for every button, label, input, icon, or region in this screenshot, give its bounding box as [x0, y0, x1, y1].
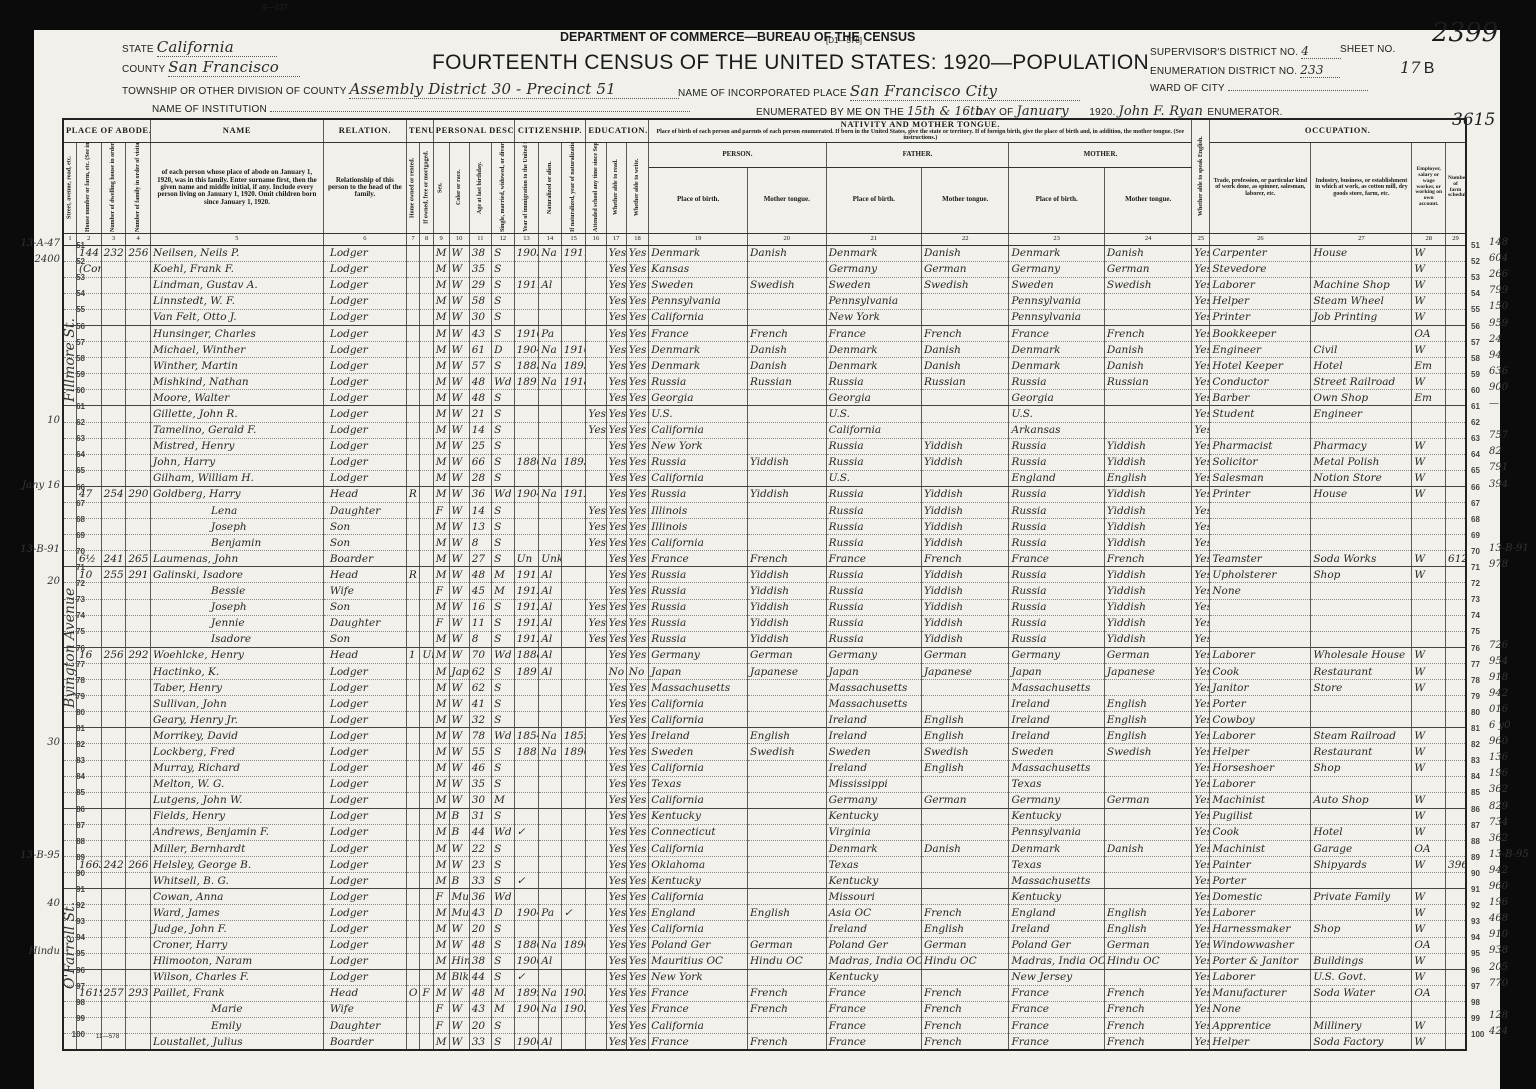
- cell-farm: [1446, 905, 1466, 921]
- header-c17: Whether able to read.: [606, 142, 626, 233]
- column-number: 9: [433, 233, 449, 245]
- cell-employer: OA: [1412, 840, 1446, 856]
- supervisor-district-field: SUPERVISOR'S DISTRICT NO. 4: [1150, 44, 1341, 59]
- cell-family: 256: [126, 245, 151, 261]
- cell-mtongue: Yiddish: [1104, 454, 1192, 470]
- cell-employer: W: [1412, 953, 1446, 969]
- cell-sex: M: [433, 631, 449, 647]
- cell-relation: Lodger: [323, 712, 406, 728]
- cell-mtongue: Danish: [1104, 358, 1192, 374]
- cell-ftongue: [921, 889, 1009, 905]
- cell-marital: S: [492, 857, 514, 873]
- cell-employer: W: [1412, 293, 1446, 309]
- cell-mtongue: [1104, 873, 1192, 889]
- cell-family: 291: [126, 567, 151, 583]
- cell-race: W: [449, 776, 469, 792]
- cell-read: Yes: [606, 406, 626, 422]
- cell-sex: M: [433, 712, 449, 728]
- cell-fpob: Kentucky: [826, 969, 921, 985]
- cell-mtongue: English: [1104, 905, 1192, 921]
- cell-farm: [1446, 277, 1466, 293]
- cell-mpob: Sweden: [1009, 744, 1104, 760]
- cell-nat: Na: [539, 374, 561, 390]
- cell-dwelling: [101, 342, 126, 358]
- cell-school: [586, 1034, 606, 1051]
- cell-relation: Son: [323, 519, 406, 535]
- cell-name: Taber, Henry: [151, 680, 324, 696]
- margin-note-right: 196: [1489, 768, 1508, 779]
- cell-english: Yes: [1192, 1001, 1210, 1017]
- cell-farm: [1446, 840, 1466, 856]
- cell-sex: M: [433, 857, 449, 873]
- cell-nat: Pa: [539, 905, 561, 921]
- cell-fpob: France: [826, 985, 921, 1001]
- cell-marital: S: [492, 325, 514, 341]
- cell-industry: Store: [1311, 680, 1412, 696]
- cell-pob: France: [649, 1034, 748, 1051]
- cell-employer: W: [1412, 647, 1446, 663]
- cell-name: Gillette, John R.: [151, 406, 324, 422]
- cell-relation: Lodger: [323, 325, 406, 341]
- cell-race: W: [449, 921, 469, 937]
- header-c8: If owned, free or mortgaged.: [420, 142, 433, 233]
- cell-owned: [406, 857, 419, 873]
- cell-race: Blk: [449, 969, 469, 985]
- cell-age: 8: [469, 535, 491, 551]
- cell-trade: Machinist: [1210, 792, 1311, 808]
- cell-english: Yes: [1192, 309, 1210, 325]
- cell-dwelling: [101, 615, 126, 631]
- cell-age: 70: [469, 647, 491, 663]
- cell-read: Yes: [606, 953, 626, 969]
- cell-age: 78: [469, 728, 491, 744]
- sheet-number-field: 17 B: [1400, 58, 1435, 78]
- cell-mtongue: German: [1104, 647, 1192, 663]
- cell-tongue: Russian: [748, 374, 827, 390]
- cell-employer: [1412, 615, 1446, 631]
- line-number-right: 66: [1471, 483, 1489, 492]
- cell-dwelling: [101, 503, 126, 519]
- cell-natyear: [561, 535, 586, 551]
- ward-value: [1228, 90, 1368, 91]
- census-row: Miller, BernhardtLodgerMW22SYesYesCalifo…: [63, 840, 1466, 856]
- cell-dwelling: [101, 824, 126, 840]
- line-number-right: 88: [1471, 837, 1489, 846]
- cell-owned: [406, 503, 419, 519]
- cell-race: W: [449, 728, 469, 744]
- column-number: 24: [1104, 233, 1192, 245]
- cell-english: Yes: [1192, 1018, 1210, 1034]
- cell-immig: [514, 293, 539, 309]
- cell-age: 14: [469, 503, 491, 519]
- cell-pob: California: [649, 1018, 748, 1034]
- margin-note-right: 394: [1489, 479, 1508, 490]
- cell-marital: S: [492, 422, 514, 438]
- institution-label: NAME OF INSTITUTION: [152, 104, 267, 115]
- cell-relation: Lodger: [323, 696, 406, 712]
- census-row: Hactinko, K.LodgerMJap62S1897AlNoNoJapan…: [63, 663, 1466, 679]
- cell-fpob: California: [826, 422, 921, 438]
- cell-pob: Russia: [649, 567, 748, 583]
- cell-write: Yes: [626, 277, 648, 293]
- cell-relation: Lodger: [323, 792, 406, 808]
- cell-school: Yes: [586, 422, 606, 438]
- cell-trade: Engineer: [1210, 342, 1311, 358]
- cell-marital: S: [492, 921, 514, 937]
- cell-mtongue: Swedish: [1104, 277, 1192, 293]
- cell-english: Yes: [1192, 840, 1210, 856]
- cell-mpob: Germany: [1009, 261, 1104, 277]
- cell-sex: M: [433, 792, 449, 808]
- cell-mortgage: [420, 696, 433, 712]
- cell-name: Linnstedt, W. F.: [151, 293, 324, 309]
- cell-age: 57: [469, 358, 491, 374]
- cell-immig: 1912: [514, 583, 539, 599]
- cell-sex: M: [433, 422, 449, 438]
- line-number-right: 75: [1471, 627, 1489, 636]
- cell-trade: Manufacturer: [1210, 985, 1311, 1001]
- cell-immig: [514, 1018, 539, 1034]
- cell-family: [126, 470, 151, 486]
- cell-read: Yes: [606, 519, 626, 535]
- column-number: 5: [151, 233, 324, 245]
- cell-write: Yes: [626, 873, 648, 889]
- cell-school: [586, 889, 606, 905]
- census-row: 16256292Woehlcke, HenryHead1UnMW70Wd1888…: [63, 647, 1466, 663]
- cell-pob: Russia: [649, 454, 748, 470]
- cell-natyear: [561, 390, 586, 406]
- cell-industry: [1311, 503, 1412, 519]
- cell-industry: [1311, 261, 1412, 277]
- cell-mortgage: [420, 905, 433, 921]
- cell-school: [586, 390, 606, 406]
- cell-age: 11: [469, 615, 491, 631]
- cell-relation: Lodger: [323, 245, 406, 261]
- cell-name: Woehlcke, Henry: [151, 647, 324, 663]
- cell-employer: [1412, 696, 1446, 712]
- cell-nat: Na: [539, 728, 561, 744]
- cell-employer: [1412, 599, 1446, 615]
- cell-mpob: Germany: [1009, 647, 1104, 663]
- cell-nat: [539, 309, 561, 325]
- cell-immig: 1903: [514, 245, 539, 261]
- census-row: 10255291Galinski, IsadoreHeadRMW48M1911A…: [63, 567, 1466, 583]
- cell-mortgage: F: [420, 985, 433, 1001]
- margin-note-right: 362: [1489, 784, 1508, 795]
- cell-age: 55: [469, 744, 491, 760]
- cell-nat: Na: [539, 454, 561, 470]
- cell-mpob: Russia: [1009, 599, 1104, 615]
- cell-pob: California: [649, 712, 748, 728]
- cell-mtongue: Danish: [1104, 840, 1192, 856]
- cell-immig: 1880: [514, 454, 539, 470]
- cell-race: W: [449, 551, 469, 567]
- cell-ftongue: French: [921, 325, 1009, 341]
- cell-natyear: ✓: [561, 905, 586, 921]
- cell-mpob: Ireland: [1009, 696, 1104, 712]
- cell-name: Wilson, Charles F.: [151, 969, 324, 985]
- cell-farm: [1446, 808, 1466, 824]
- census-row: Judge, John F.LodgerMW20SYesYesCaliforni…: [63, 921, 1466, 937]
- cell-mtongue: Danish: [1104, 245, 1192, 261]
- cell-natyear: [561, 406, 586, 422]
- cell-trade: Laborer: [1210, 969, 1311, 985]
- census-row: Morrikey, DavidLodgerMW78Wd1854Na1859Yes…: [63, 728, 1466, 744]
- street-name: Byington Avenue: [62, 587, 78, 707]
- cell-owned: [406, 696, 419, 712]
- cell-read: Yes: [606, 647, 626, 663]
- cell-owned: [406, 760, 419, 776]
- column-number-row: 1234567891011121314151617181920212223242…: [63, 233, 1466, 245]
- street-name: O'Farrell St.: [62, 902, 78, 989]
- cell-natyear: [561, 519, 586, 535]
- line-number-right: 51: [1471, 241, 1489, 250]
- cell-write: Yes: [626, 824, 648, 840]
- cell-natyear: 1911: [561, 245, 586, 261]
- cell-name: Benjamin: [151, 535, 324, 551]
- cell-english: Yes: [1192, 551, 1210, 567]
- cell-natyear: 1912: [561, 486, 586, 502]
- line-number: 89: [65, 853, 85, 862]
- street-name: Fillmore St.: [62, 318, 78, 402]
- cell-owned: [406, 728, 419, 744]
- column-number: 6: [323, 233, 406, 245]
- header-c12: Single, married, widowed, or divorced.: [492, 142, 514, 233]
- census-row: Mistred, HenryLodgerMW25SYesYesNew YorkR…: [63, 438, 1466, 454]
- cell-race: Hin: [449, 953, 469, 969]
- cell-english: Yes: [1192, 535, 1210, 551]
- cell-age: 29: [469, 277, 491, 293]
- cell-school: [586, 1001, 606, 1017]
- line-number-right: 100: [1471, 1030, 1489, 1039]
- cell-industry: [1311, 696, 1412, 712]
- cell-english: Yes: [1192, 808, 1210, 824]
- cell-owned: [406, 406, 419, 422]
- cell-immig: [514, 470, 539, 486]
- line-number-right: 94: [1471, 933, 1489, 942]
- column-number: 16: [586, 233, 606, 245]
- cell-employer: [1412, 776, 1446, 792]
- cell-school: [586, 567, 606, 583]
- cell-race: W: [449, 1034, 469, 1051]
- census-row: JosephSonMW16S1912AlYesYesYesRussiaYiddi…: [63, 599, 1466, 615]
- cell-mtongue: [1104, 776, 1192, 792]
- cell-industry: [1311, 1001, 1412, 1017]
- cell-relation: Wife: [323, 583, 406, 599]
- margin-note-right: —: [1489, 398, 1499, 409]
- cell-race: Mu: [449, 889, 469, 905]
- cell-immig: 1885: [514, 358, 539, 374]
- line-number-right: 53: [1471, 273, 1489, 282]
- cell-natyear: [561, 921, 586, 937]
- cell-farm: [1446, 744, 1466, 760]
- cell-marital: M: [492, 1001, 514, 1017]
- cell-natyear: [561, 599, 586, 615]
- cell-relation: Lodger: [323, 728, 406, 744]
- cell-mtongue: Yiddish: [1104, 535, 1192, 551]
- header-c7: Home owned or rented.: [406, 142, 419, 233]
- cell-race: W: [449, 245, 469, 261]
- cell-fpob: Missouri: [826, 889, 921, 905]
- cell-english: Yes: [1192, 470, 1210, 486]
- cell-mpob: Massachusetts: [1009, 873, 1104, 889]
- cell-tongue: [748, 406, 827, 422]
- cell-age: 46: [469, 760, 491, 776]
- cell-fpob: Denmark: [826, 840, 921, 856]
- cell-employer: W: [1412, 760, 1446, 776]
- cell-nat: [539, 776, 561, 792]
- cell-ftongue: English: [921, 728, 1009, 744]
- cell-english: Yes: [1192, 985, 1210, 1001]
- cell-tongue: Yiddish: [748, 567, 827, 583]
- cell-family: 290: [126, 486, 151, 502]
- cell-name: Joseph: [151, 599, 324, 615]
- cell-trade: [1210, 519, 1311, 535]
- cell-owned: [406, 261, 419, 277]
- cell-name: Lindman, Gustav A.: [151, 277, 324, 293]
- cell-ftongue: [921, 470, 1009, 486]
- cell-farm: [1446, 293, 1466, 309]
- cell-race: Jap: [449, 663, 469, 679]
- cell-employer: W: [1412, 470, 1446, 486]
- line-number: 81: [65, 724, 85, 733]
- cell-write: Yes: [626, 535, 648, 551]
- cell-sex: M: [433, 245, 449, 261]
- census-row: Croner, HarryLodgerMW48S1880Na1890YesYes…: [63, 937, 1466, 953]
- cell-dwelling: 241: [101, 551, 126, 567]
- cell-sex: M: [433, 744, 449, 760]
- cell-name: John, Harry: [151, 454, 324, 470]
- cell-owned: [406, 390, 419, 406]
- cell-immig: 1904: [514, 486, 539, 502]
- cell-school: [586, 342, 606, 358]
- cell-mortgage: [420, 342, 433, 358]
- cell-trade: Horseshoer: [1210, 760, 1311, 776]
- cell-natyear: [561, 760, 586, 776]
- cell-dwelling: [101, 776, 126, 792]
- cell-fpob: Mississippi: [826, 776, 921, 792]
- cell-marital: M: [492, 583, 514, 599]
- cell-english: Yes: [1192, 519, 1210, 535]
- cell-immig: [514, 808, 539, 824]
- cell-mortgage: [420, 615, 433, 631]
- cell-trade: Cook: [1210, 824, 1311, 840]
- cell-trade: [1210, 535, 1311, 551]
- cell-read: Yes: [606, 567, 626, 583]
- margin-note-right: 128: [1489, 1010, 1508, 1021]
- cell-mpob: Russia: [1009, 503, 1104, 519]
- cell-marital: M: [492, 567, 514, 583]
- cell-write: Yes: [626, 985, 648, 1001]
- cell-family: [126, 728, 151, 744]
- cell-owned: [406, 937, 419, 953]
- cell-marital: S: [492, 760, 514, 776]
- cell-owned: [406, 873, 419, 889]
- cell-mortgage: [420, 599, 433, 615]
- line-number: 82: [65, 740, 85, 749]
- cell-race: W: [449, 486, 469, 502]
- header-c6: Relationship of this person to the head …: [323, 142, 406, 233]
- cell-farm: [1446, 985, 1466, 1001]
- county-field: COUNTY San Francisco: [122, 58, 300, 77]
- cell-fpob: Massachusetts: [826, 680, 921, 696]
- cell-family: [126, 873, 151, 889]
- cell-mortgage: [420, 261, 433, 277]
- line-number: 99: [65, 1014, 85, 1023]
- cell-tongue: [748, 503, 827, 519]
- cell-tongue: Yiddish: [748, 599, 827, 615]
- incorporated-place-field: NAME OF INCORPORATED PLACE San Francisco…: [678, 82, 1080, 101]
- cell-farm: [1446, 325, 1466, 341]
- cell-farm: [1446, 358, 1466, 374]
- cell-fpob: Russia: [826, 519, 921, 535]
- cell-age: 21: [469, 406, 491, 422]
- cell-trade: [1210, 615, 1311, 631]
- cell-pob: New York: [649, 969, 748, 985]
- cell-write: Yes: [626, 567, 648, 583]
- cell-immig: [514, 406, 539, 422]
- cell-ftongue: German: [921, 647, 1009, 663]
- cell-immig: [514, 921, 539, 937]
- cell-family: [126, 358, 151, 374]
- cell-ftongue: French: [921, 1034, 1009, 1051]
- cell-mtongue: Yiddish: [1104, 615, 1192, 631]
- cell-owned: [406, 277, 419, 293]
- cell-ftongue: German: [921, 792, 1009, 808]
- cell-mtongue: German: [1104, 937, 1192, 953]
- cell-nat: Al: [539, 277, 561, 293]
- cell-mtongue: Swedish: [1104, 744, 1192, 760]
- cell-trade: Apprentice: [1210, 1018, 1311, 1034]
- cell-fpob: U.S.: [826, 470, 921, 486]
- line-number-right: 56: [1471, 322, 1489, 331]
- cell-dwelling: [101, 519, 126, 535]
- cell-relation: Head: [323, 647, 406, 663]
- cell-trade: Laborer: [1210, 647, 1311, 663]
- cell-mortgage: [420, 470, 433, 486]
- cell-ftongue: [921, 808, 1009, 824]
- cell-owned: [406, 840, 419, 856]
- cell-sex: M: [433, 985, 449, 1001]
- header-name: NAME: [151, 119, 324, 142]
- cell-tongue: French: [748, 325, 827, 341]
- cell-nat: [539, 535, 561, 551]
- cell-employer: W: [1412, 744, 1446, 760]
- cell-industry: [1311, 937, 1412, 953]
- cell-mpob: Russia: [1009, 438, 1104, 454]
- cell-farm: [1446, 422, 1466, 438]
- margin-note-right: 205: [1489, 962, 1508, 973]
- cell-mtongue: Hindu OC: [1104, 953, 1192, 969]
- census-row: 1619257293Paillet, FrankHeadOFMW48M1899N…: [63, 985, 1466, 1001]
- cell-pob: California: [649, 792, 748, 808]
- cell-ftongue: German: [921, 261, 1009, 277]
- cell-farm: [1446, 953, 1466, 969]
- cell-farm: [1446, 728, 1466, 744]
- census-row: Cowan, AnnaLodgerFMu36WdYesYesCalifornia…: [63, 889, 1466, 905]
- cell-age: 32: [469, 712, 491, 728]
- line-number-right: 76: [1471, 644, 1489, 653]
- cell-industry: [1311, 519, 1412, 535]
- cell-employer: [1412, 712, 1446, 728]
- line-number-right: 91: [1471, 885, 1489, 894]
- cell-pob: Russia: [649, 631, 748, 647]
- cell-owned: [406, 631, 419, 647]
- column-number: 12: [492, 233, 514, 245]
- cell-tongue: [748, 873, 827, 889]
- institution-value: [270, 111, 690, 112]
- cell-mpob: U.S.: [1009, 406, 1104, 422]
